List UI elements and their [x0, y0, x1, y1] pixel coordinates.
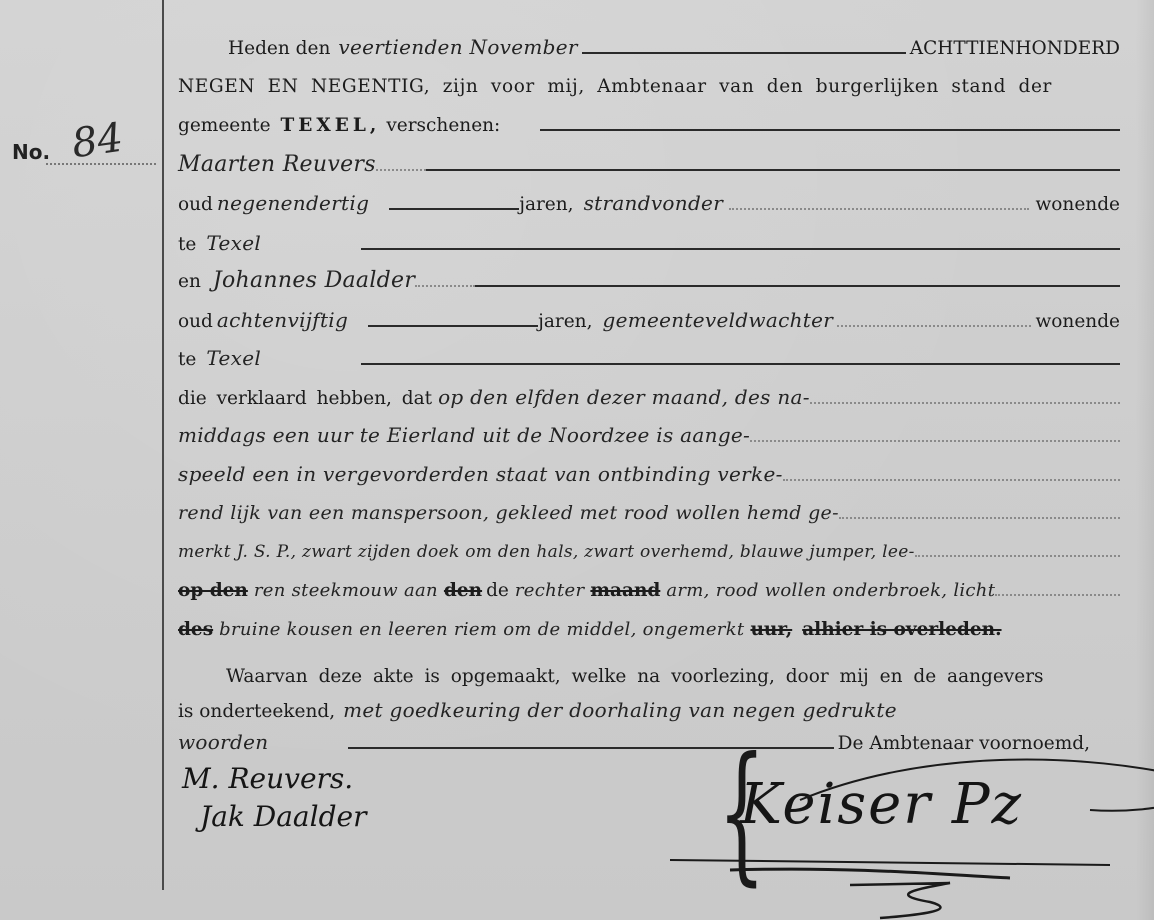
hand-approval: met goedkeuring der doorhaling van negen… [343, 695, 897, 725]
declarant-2-occupation: gemeenteveldwachter [602, 305, 833, 335]
struck-alhier: alhier is overleden. [802, 615, 1001, 645]
print-verschenen: verschenen: [386, 111, 500, 141]
struck-uur: uur, [750, 615, 792, 645]
fill-dots [810, 401, 1120, 404]
fill-rule [389, 207, 519, 210]
print-wonende: wonende [1035, 190, 1120, 220]
fill-rule [361, 362, 1120, 365]
fill-rule [540, 128, 1120, 131]
fill-dots [376, 168, 426, 171]
print-gemeente: gemeente [178, 111, 271, 141]
record-number-value: 84 [69, 115, 126, 168]
print-jaren: jaren, [519, 190, 573, 220]
line-declarant-1-residence: te Texel [178, 228, 1120, 258]
fill-rule [361, 247, 1120, 250]
hand-statement-7: bruine kousen en leeren riem om de midde… [219, 615, 744, 645]
record-number-label: No. [12, 140, 50, 164]
line-year: NEGEN EN NEGENTIG, zijn voor mij, Ambten… [178, 72, 1120, 102]
line-statement-5: merkt J. S. P., zwart zijden doek om den… [178, 537, 1120, 567]
fill-dots [415, 284, 475, 287]
declarant-2-name: Johannes Daalder [213, 266, 415, 296]
hand-statement-6c: arm, rood wollen onderbroek, licht [666, 576, 995, 606]
line-closing: Waarvan deze akte is opgemaakt, welke na… [178, 662, 1120, 692]
line-statement: die verklaard hebben, dat op den elfden … [178, 382, 1120, 412]
fill-dots [915, 554, 1120, 557]
municipality-name: TEXEL, [281, 111, 381, 141]
line-statement-6: op den ren steekmouw aan den de rechter … [178, 576, 1120, 606]
print-te: te [178, 230, 196, 260]
print-year-b: NEGEN EN NEGENTIG, zijn voor mij, Ambten… [178, 76, 1052, 97]
hand-statement-6b: rechter [515, 576, 585, 606]
print-onderteekend: is onderteekend, [178, 697, 335, 727]
print-en: en [178, 267, 201, 297]
line-declarant-1-age: oud negenendertig jaren, strandvonder wo… [178, 188, 1120, 218]
fill-rule [475, 284, 1120, 287]
fill-dots [750, 439, 1120, 442]
declarant-1-occupation: strandvonder [584, 188, 724, 218]
fill-rule [426, 168, 1120, 171]
declarant-1-name: Maarten Reuvers [178, 150, 376, 180]
declarant-2-residence: Texel [206, 343, 261, 373]
print-oud: oud [178, 307, 213, 337]
print-de: de [486, 576, 509, 606]
declarant-1-age: negenendertig [217, 188, 369, 218]
hand-date: veertienden November [338, 32, 577, 62]
fill-dots [729, 207, 1029, 210]
fill-dots [995, 593, 1120, 596]
hand-woorden: woorden [178, 727, 268, 757]
struck-den: den [444, 576, 482, 606]
print-heden-den: Heden den [228, 34, 330, 64]
signature-declarant-1: M. Reuvers. [182, 762, 353, 795]
hand-statement: op den elfden dezer maand, des na- [438, 382, 810, 412]
print-te: te [178, 345, 196, 375]
struck-des: des [178, 615, 213, 645]
hand-statement-2: middags een uur te Eierland uit de Noord… [178, 420, 750, 450]
signature-flourish [660, 740, 1154, 920]
line-statement-4: rend lijk van een manspersoon, gekleed m… [178, 498, 1120, 528]
print-wonende: wonende [1035, 307, 1120, 337]
line-municipality: gemeente TEXEL, verschenen: [178, 111, 1120, 141]
struck-maand: maand [590, 576, 660, 606]
fill-rule [582, 51, 906, 54]
hand-statement-4: rend lijk van een manspersoon, gekleed m… [178, 498, 839, 528]
signature-declarant-2: Jak Daalder [200, 800, 366, 833]
print-year-a: ACHTTIENHONDERD [910, 34, 1120, 64]
register-page: No. 84 Heden den veertienden November AC… [0, 0, 1154, 920]
hand-statement-6a: ren steekmouw aan [254, 576, 438, 606]
print-jaren: jaren, [538, 307, 592, 337]
hand-statement-3: speeld een in vergevorderden staat van o… [178, 459, 783, 489]
line-signed: is onderteekend, met goedkeuring der doo… [178, 695, 1120, 725]
line-statement-7: des bruine kousen en leeren riem om de m… [178, 615, 1120, 645]
fill-dots [839, 516, 1120, 519]
line-declarant-2-name: en Johannes Daalder [178, 266, 1120, 296]
print-closing: Waarvan deze akte is opgemaakt, welke na… [226, 666, 1044, 687]
line-date: Heden den veertienden November ACHTTIENH… [178, 32, 1120, 62]
line-declarant-1-name: Maarten Reuvers [178, 150, 1120, 180]
struck-op-den: op den [178, 576, 248, 606]
fill-dots [783, 478, 1120, 481]
margin-rule [162, 0, 164, 890]
declarant-1-residence: Texel [206, 228, 261, 258]
hand-statement-5: merkt J. S. P., zwart zijden doek om den… [178, 537, 915, 567]
line-declarant-2-age: oud achtenvijftig jaren, gemeenteveldwac… [178, 305, 1120, 335]
fill-dots [837, 324, 1031, 327]
print-oud: oud [178, 190, 213, 220]
fill-rule [368, 324, 538, 327]
declarant-2-age: achtenvijftig [217, 305, 348, 335]
line-statement-3: speeld een in vergevorderden staat van o… [178, 459, 1120, 489]
line-declarant-2-residence: te Texel [178, 343, 1120, 373]
print-statement: die verklaard hebben, dat [178, 384, 432, 414]
line-statement-2: middags een uur te Eierland uit de Noord… [178, 420, 1120, 450]
